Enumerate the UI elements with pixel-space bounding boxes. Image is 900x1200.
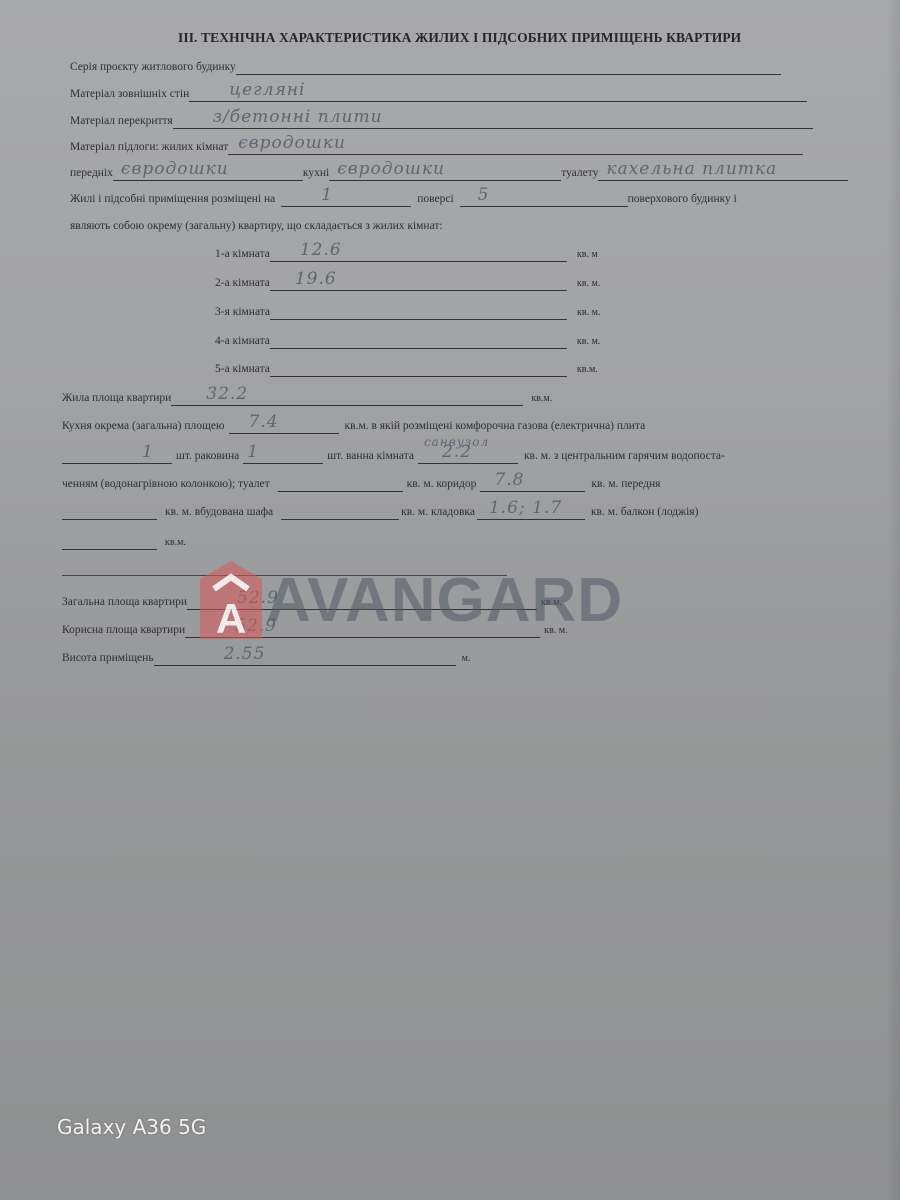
placement-label: Жилі і підсобні приміщення розміщені на [70, 193, 275, 207]
series-row: Серія проєкту житлового будинку [70, 57, 781, 75]
living-area-row: Жила площа квартири 32.2 кв.м. [62, 388, 552, 406]
toilet-field [278, 474, 403, 492]
avangard-logo-icon: A [200, 561, 262, 639]
section-title: ІІІ. ТЕХНІЧНА ХАРАКТЕРИСТИКА ЖИЛИХ І ПІД… [178, 30, 838, 46]
floor-number-field: 1 [281, 189, 411, 207]
height-field: 2.55 [154, 648, 456, 666]
walls-row: Матеріал зовнішніх стін цегляні [70, 84, 807, 102]
height-row: Висота приміщень 2.55 м. [62, 648, 470, 666]
stove-count-field: 1 [62, 446, 172, 464]
room-row-5: 5-а кімната кв.м. [215, 359, 598, 377]
ceiling-row: Матеріал перекриття з/бетонні плити [70, 111, 813, 129]
ceiling-field: з/бетонні плити [173, 111, 813, 129]
room-row-3: 3-я кімната кв. м. [215, 302, 600, 320]
useful-area-label: Корисна площа квартири [62, 624, 185, 638]
floor-kitchen-label: кухні [303, 167, 329, 181]
kitchen-label: Кухня окрема (загальна) площею [62, 420, 225, 434]
composition-text: являють собою окрему (загальну) квартиру… [70, 220, 443, 234]
building-suffix: поверхового будинку і [628, 193, 737, 207]
closet-field [281, 502, 399, 520]
placement-row: Жилі і підсобні приміщення розміщені на … [70, 189, 737, 207]
watermark-text: AVANGARD [266, 565, 623, 636]
corridor-field: 7.8 [480, 474, 585, 492]
floor-kitchen-field: євродошки [329, 163, 561, 181]
room-row-2: 2-а кімната 19.6 кв. м. [215, 273, 600, 291]
floor-rooms-row: передніх євродошки кухні євродошки туале… [70, 163, 848, 181]
supply-row: ченням (водонагрівною колонкою); туалет … [62, 474, 660, 492]
kitchen-field: 7.4 [229, 416, 339, 434]
total-area-label: Загальна площа квартири [62, 596, 187, 610]
walls-field: цегляні [189, 84, 807, 102]
floor-living-field: євродошки [228, 137, 803, 155]
paper-edge [886, 0, 900, 1200]
total-floors-field: 5 [460, 189, 628, 207]
ceiling-label: Матеріал перекриття [70, 115, 173, 129]
camera-model-tag: Galaxy A36 5G [57, 1115, 206, 1139]
floor-toilet-label: туалету [561, 167, 598, 181]
avangard-watermark: A AVANGARD [200, 560, 623, 640]
walls-label: Матеріал зовнішніх стін [70, 88, 189, 102]
floor-living-row: Матеріал підлоги: жилих кімнат євродошки [70, 137, 803, 155]
composition-row: являють собою окрему (загальну) квартиру… [70, 216, 443, 234]
floor-living-label: Матеріал підлоги: жилих кімнат [70, 141, 228, 155]
svg-text:A: A [216, 595, 246, 639]
floor-word: поверсі [417, 193, 453, 207]
document-page: ІІІ. ТЕХНІЧНА ХАРАКТЕРИСТИКА ЖИЛИХ І ПІД… [0, 0, 900, 1200]
floor-hall-label: передніх [70, 167, 113, 181]
kitchen-row: Кухня окрема (загальна) площею 7.4 кв.м.… [62, 416, 645, 434]
floor-hall-field: євродошки [113, 163, 303, 181]
height-label: Висота приміщень [62, 652, 154, 666]
extra-rooms-row: кв. м. вбудована шафа кв. м. кладовка 1.… [62, 502, 698, 520]
living-area-field: 32.2 [171, 388, 523, 406]
room-row-4: 4-а кімната кв. м. [215, 331, 600, 349]
balcony-field [62, 532, 157, 550]
storage-field: 1.6; 1.7 [477, 502, 585, 520]
sink-count-field: 1 [243, 446, 323, 464]
room-row-1: 1-а кімната 12.6 кв. м [215, 244, 598, 262]
bathroom-field: санвузол 2.2 [418, 446, 518, 464]
fixtures-row: 1 шт. раковина 1 шт. ванна кімната санву… [62, 446, 725, 464]
balcony-row: кв.м. [62, 532, 186, 550]
living-area-label: Жила площа квартири [62, 392, 171, 406]
series-label: Серія проєкту житлового будинку [70, 61, 236, 75]
hall-field [62, 502, 157, 520]
floor-toilet-field: кахельна плитка [598, 163, 848, 181]
series-field [236, 57, 781, 75]
